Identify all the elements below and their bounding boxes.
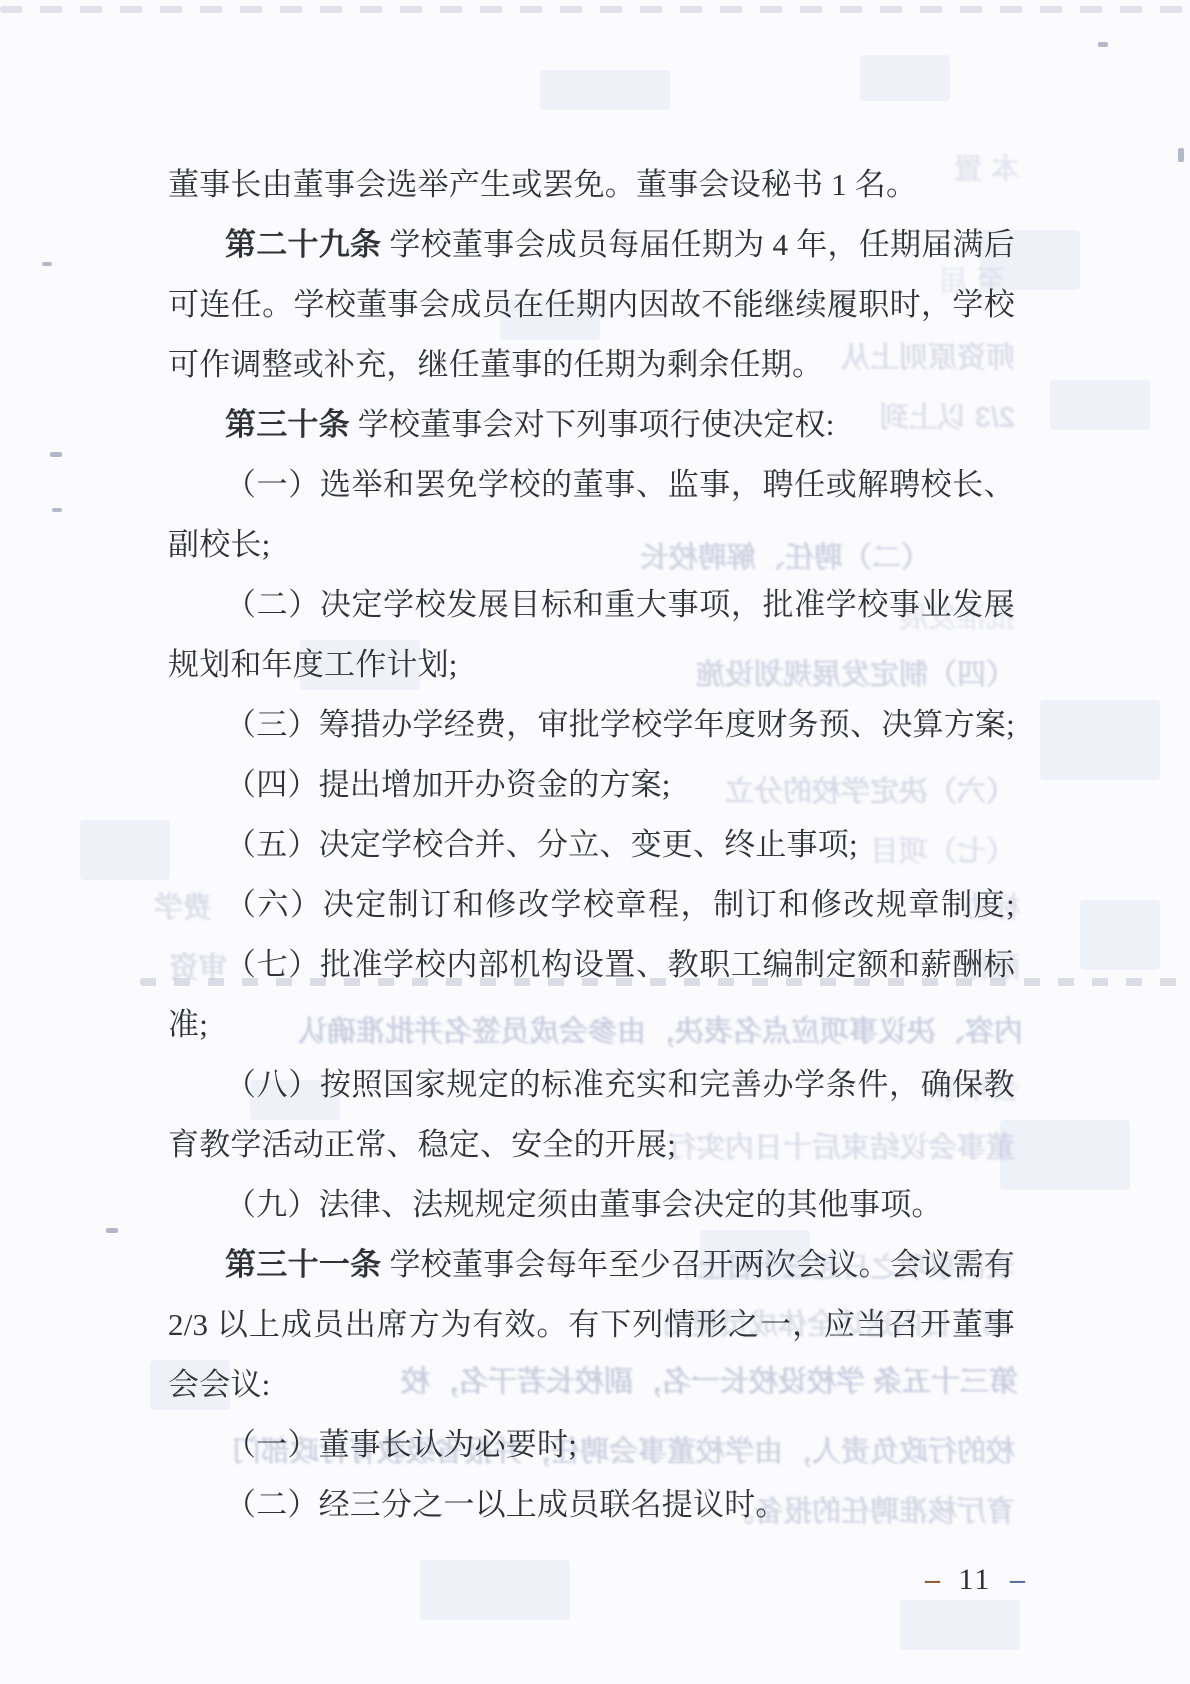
line-text: （四）提出增加开办资金的方案; <box>225 767 671 802</box>
noise-patch <box>420 1560 570 1620</box>
line-text: （七）批准学校内部机构设置、教职工编制定额和薪酬标 <box>225 947 1015 982</box>
noise-patch <box>1080 900 1160 970</box>
noise-patch <box>1040 700 1160 780</box>
noise-patch <box>1000 1120 1130 1190</box>
line-text: 可连任。学校董事会成员在任期内因故不能继续履职时，学校 <box>168 287 1015 322</box>
text-line: 第三十条 学校董事会对下列事项行使决定权: <box>168 396 1015 456</box>
line-text: 学校董事会对下列事项行使决定权: <box>350 407 835 442</box>
line-text: （八）按照国家规定的标准充实和完善办学条件，确保教 <box>225 1067 1015 1102</box>
line-text: 育教学活动正常、稳定、安全的开展; <box>168 1127 676 1162</box>
text-line: 第二十九条 学校董事会成员每届任期为 4 年，任期届满后 <box>168 216 1015 276</box>
page-number-value: 11 <box>959 1563 992 1597</box>
scan-speck <box>42 262 52 266</box>
line-text: 可作调整或补充，继任董事的任期为剩余任期。 <box>168 347 823 382</box>
text-line: （二）决定学校发展目标和重大事项，批准学校事业发展 <box>168 576 1015 636</box>
line-text: 准; <box>168 1007 208 1042</box>
line-text: （三）筹措办学经费，审批学校学年度财务预、决算方案; <box>225 707 1015 742</box>
line-text: （一）董事长认为必要时; <box>225 1427 577 1462</box>
article-heading: 第三十一条 <box>225 1247 381 1282</box>
text-line: （五）决定学校合并、分立、变更、终止事项; <box>168 816 1015 876</box>
text-line: 可连任。学校董事会成员在任期内因故不能继续履职时，学校 <box>168 276 1015 336</box>
scan-speck <box>52 508 62 512</box>
scan-speck <box>50 452 62 457</box>
line-text: 学校董事会每年至少召开两次会议。会议需有 <box>381 1247 1015 1282</box>
text-line: （一）董事长认为必要时; <box>168 1416 1015 1476</box>
text-line: 第三十一条 学校董事会每年至少召开两次会议。会议需有 <box>168 1236 1015 1296</box>
scan-streak <box>0 6 1190 13</box>
text-line: （三）筹措办学经费，审批学校学年度财务预、决算方案; <box>168 696 1015 756</box>
text-line: （八）按照国家规定的标准充实和完善办学条件，确保教 <box>168 1056 1015 1116</box>
text-line: 副校长; <box>168 516 1015 576</box>
line-text: （二）决定学校发展目标和重大事项，批准学校事业发展 <box>225 587 1015 622</box>
text-line: 准; <box>168 996 1015 1056</box>
line-text: （九）法律、法规规定须由董事会决定的其他事项。 <box>225 1187 943 1222</box>
text-line: 2/3 以上成员出席方为有效。有下列情形之一，应当召开董事 <box>168 1296 1015 1356</box>
line-text: 董事长由董事会选举产生或罢免。董事会设秘书 1 名。 <box>168 167 917 202</box>
text-column: 董事长由董事会选举产生或罢免。董事会设秘书 1 名。 第二十九条 学校董事会成员… <box>168 156 1015 1536</box>
line-text: 副校长; <box>168 527 270 562</box>
line-text: （六）决定制订和修改学校章程，制订和修改规章制度; <box>225 887 1015 922</box>
scan-speck <box>1178 148 1184 162</box>
scan-speck <box>1098 42 1108 47</box>
scan-speck <box>106 1228 118 1233</box>
text-line: （六）决定制订和修改学校章程，制订和修改规章制度; <box>168 876 1015 936</box>
line-text: 规划和年度工作计划; <box>168 647 458 682</box>
noise-patch <box>860 55 950 101</box>
noise-patch <box>1050 380 1150 430</box>
document-page: 本 置 至 届 师资原则上从 2/3 以上到 （二）聘任、解聘校长 批准发展 （… <box>0 0 1190 1684</box>
text-line: 会会议: <box>168 1356 1015 1416</box>
article-heading: 第二十九条 <box>225 227 381 262</box>
text-line: 可作调整或补充，继任董事的任期为剩余任期。 <box>168 336 1015 396</box>
text-line: （二）经三分之一以上成员联名提议时。 <box>168 1476 1015 1536</box>
text-line: 育教学活动正常、稳定、安全的开展; <box>168 1116 1015 1176</box>
noise-patch <box>540 70 670 110</box>
noise-patch <box>80 820 170 880</box>
text-line: （四）提出增加开办资金的方案; <box>168 756 1015 816</box>
page-number: – 11 – <box>925 1563 1025 1597</box>
text-line: （一）选举和罢免学校的董事、监事，聘任或解聘校长、 <box>168 456 1015 516</box>
noise-patch <box>900 1600 1020 1650</box>
text-line: （九）法律、法规规定须由董事会决定的其他事项。 <box>168 1176 1015 1236</box>
text-line: 规划和年度工作计划; <box>168 636 1015 696</box>
line-text: 会会议: <box>168 1367 270 1402</box>
page-number-dash-right: – <box>1010 1563 1025 1597</box>
line-text: （二）经三分之一以上成员联名提议时。 <box>225 1487 787 1522</box>
line-text: （一）选举和罢免学校的董事、监事，聘任或解聘校长、 <box>225 467 1015 502</box>
line-text: 2/3 以上成员出席方为有效。有下列情形之一，应当召开董事 <box>168 1307 1015 1342</box>
page-number-dash-left: – <box>925 1563 940 1597</box>
article-heading: 第三十条 <box>225 407 350 442</box>
line-text: 学校董事会成员每届任期为 4 年，任期届满后 <box>381 227 1015 262</box>
text-line: 董事长由董事会选举产生或罢免。董事会设秘书 1 名。 <box>168 156 1015 216</box>
text-line: （七）批准学校内部机构设置、教职工编制定额和薪酬标 <box>168 936 1015 996</box>
line-text: （五）决定学校合并、分立、变更、终止事项; <box>225 827 858 862</box>
